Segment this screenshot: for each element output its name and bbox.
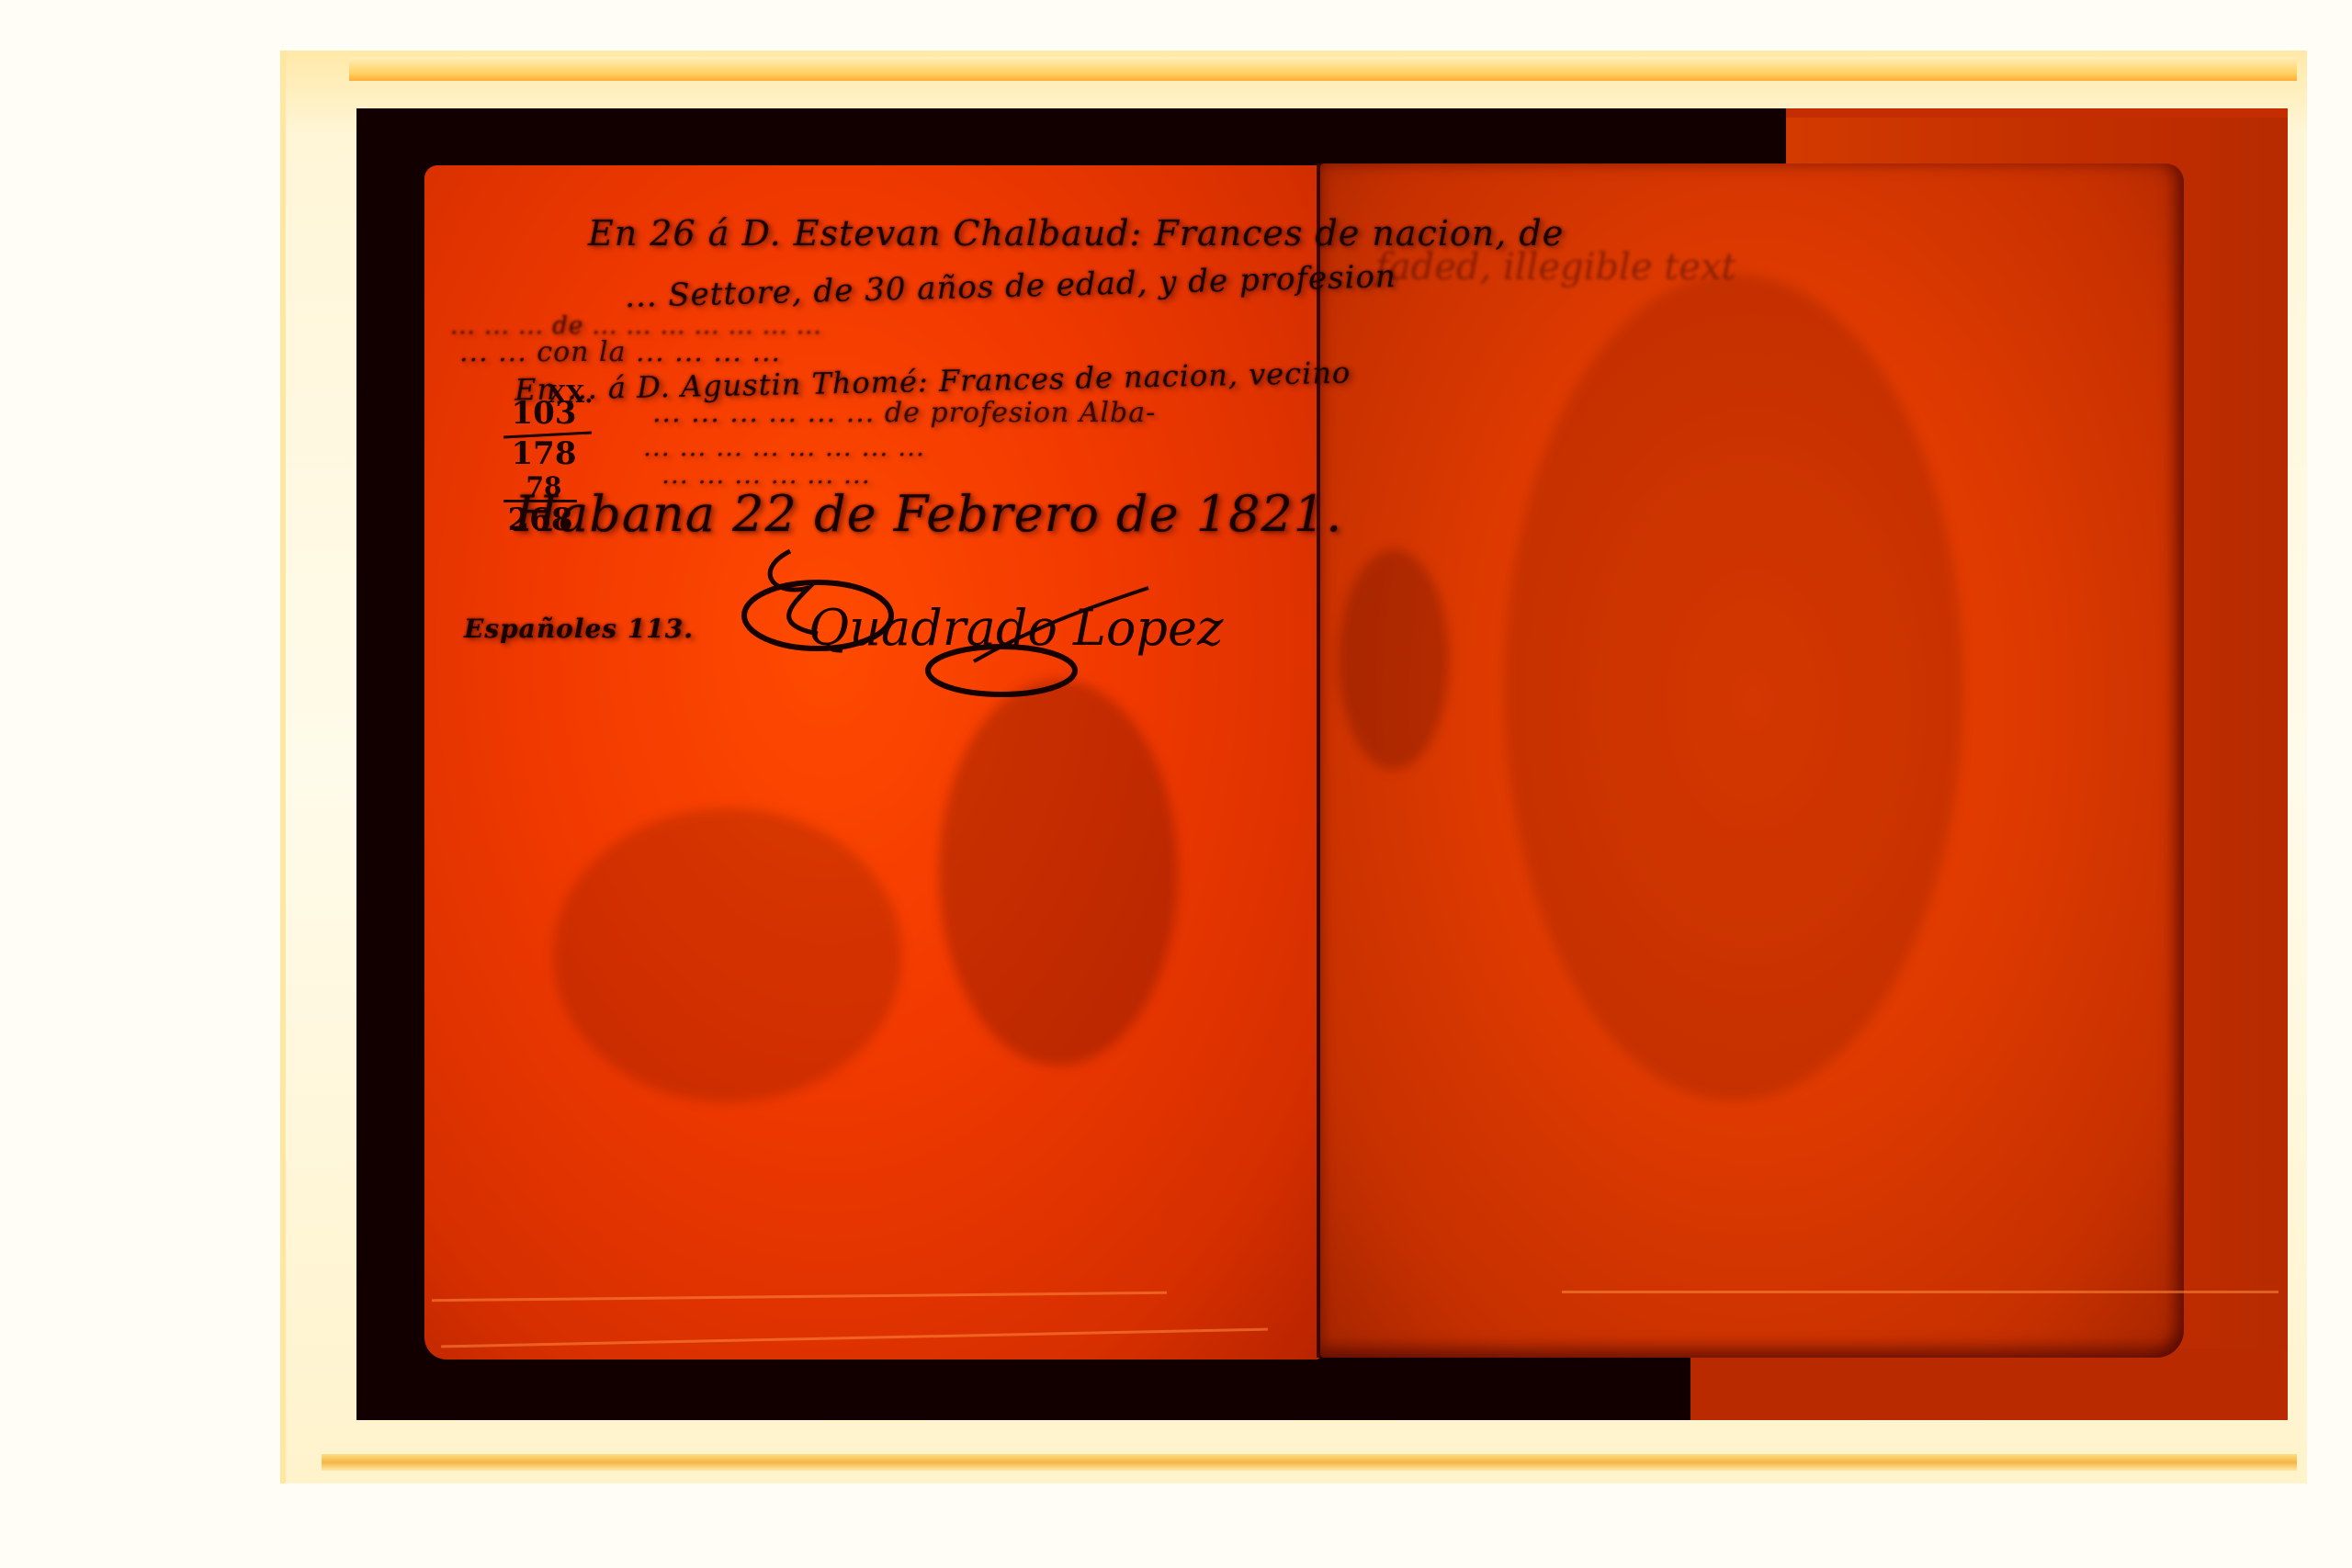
film-scratch — [1562, 1291, 2278, 1293]
margin-number: 268 — [503, 502, 577, 538]
film-edge-top — [349, 57, 2297, 81]
margin-number: 178 — [507, 435, 581, 472]
ink-blot-stain — [1339, 549, 1449, 770]
entry-line: ... ... ... ... ... ... de profesion Alb… — [652, 397, 1156, 429]
entry-line: ... ... ... ... ... ... ... ... — [643, 432, 925, 462]
ink-blot-stain — [553, 808, 902, 1102]
ink-blot-stain — [1504, 274, 1963, 1100]
bottom-backing — [1690, 1348, 2288, 1420]
margin-number: 103 — [507, 395, 581, 432]
signature: Quadrado Lopez — [808, 599, 1223, 657]
entry-line: En 26 á D. Estevan Chalbaud: Frances de … — [588, 213, 1564, 254]
page-gutter — [1317, 164, 1320, 1358]
margin-note: Españoles 113. — [464, 614, 694, 644]
ink-blot-stain — [939, 680, 1178, 1066]
entry-line: ... ... con la ... ... ... ... — [459, 336, 781, 368]
film-edge-bottom — [322, 1454, 2297, 1471]
right-page: faded, illegible text — [1320, 164, 2184, 1358]
